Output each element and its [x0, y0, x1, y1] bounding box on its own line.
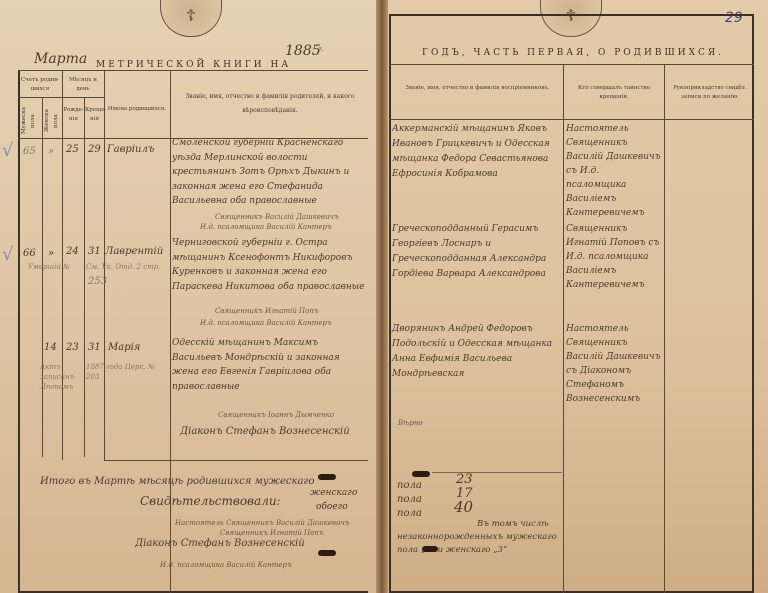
ink-blot: [318, 550, 336, 556]
month-handwritten: Марта: [34, 52, 87, 67]
col-dates: Мѣсяцъ и день: [63, 76, 103, 94]
ink-blot: [422, 546, 438, 552]
baby-name: Гавріилъ: [107, 142, 154, 157]
year-handwritten: 1885: [285, 44, 321, 59]
check-mark: √: [2, 140, 13, 161]
right-title: ГОДЪ, ЧАСТЬ ПЕРВАЯ, О РОДИВШИХСЯ.: [422, 48, 724, 58]
illegitimate-note: Въ томъ числѣ незаконнорожденныхъ мужеск…: [397, 518, 563, 557]
left-title: МЕТРИЧЕСКОЙ КНИГИ НА: [96, 60, 291, 70]
col-godparents: Званіе, имя, отчество и фамилія воспріем…: [400, 84, 555, 93]
check-mark: √: [2, 244, 13, 265]
col-count: Счетъ родив- шихся: [20, 76, 60, 94]
col-parents: Званіе, имя, отчество и фамилія родителе…: [175, 90, 365, 118]
parents-text: Одесскій мѣщанинъ Максимъ Васильевъ Монд…: [172, 336, 367, 394]
col-signatures: Рукоприкладство свидѣт. записи по желані…: [668, 84, 752, 102]
col-name: Имена родившихся.: [105, 105, 169, 114]
parents-text: Смоленской губерніи Красненскаго уѣзда М…: [172, 136, 367, 209]
both-total: 40: [454, 500, 473, 515]
baby-name: Марія: [108, 340, 140, 355]
verified-mark: Вѣрно: [398, 418, 423, 428]
ink-blot: [318, 474, 336, 480]
ink-blot: [412, 471, 430, 477]
col-priest: Кто совершалъ таинство крещенія.: [568, 84, 660, 102]
male-total: 23: [456, 472, 473, 487]
book-gutter: [376, 0, 388, 593]
parents-text: Черниговской губерніи г. Остра мѣщанинъ …: [172, 236, 367, 294]
baby-name: Лаврентій: [105, 244, 163, 259]
